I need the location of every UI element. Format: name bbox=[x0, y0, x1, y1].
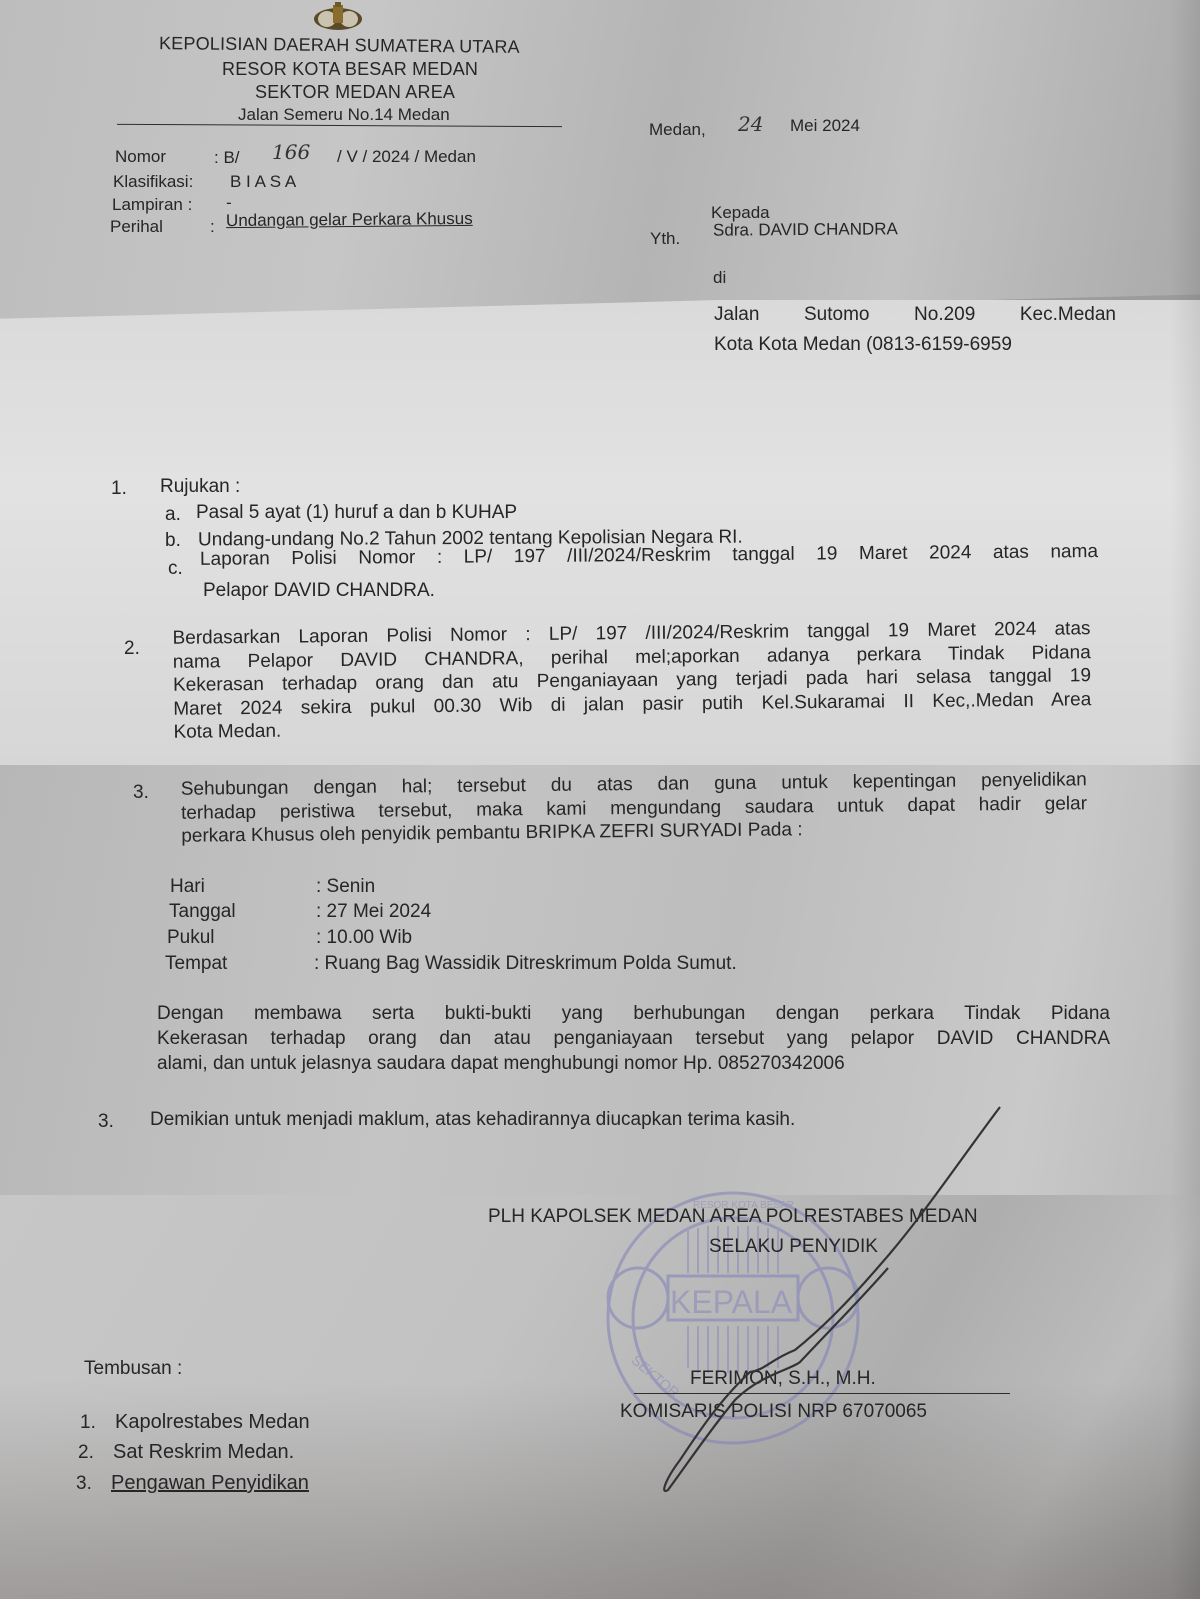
closing-text: Demikian untuk menjadi maklum, atas keha… bbox=[150, 1109, 795, 1131]
nomor-handwritten: 166 bbox=[272, 140, 310, 164]
tembusan-marker: 3. bbox=[76, 1473, 92, 1495]
nomor-suffix: / V / 2024 / Medan bbox=[337, 147, 476, 167]
perihal-label: Perihal bbox=[110, 217, 163, 237]
section1-item-c-marker: c. bbox=[168, 558, 183, 580]
section1-number: 1. bbox=[111, 478, 127, 500]
signature-title-line1: PLH KAPOLSEK MEDAN AREA POLRESTABES MEDA… bbox=[488, 1206, 978, 1228]
schedule-hari-value: : Senin bbox=[316, 876, 375, 898]
tembusan-marker: 1. bbox=[80, 1412, 96, 1434]
section1-item-a-marker: a. bbox=[165, 504, 181, 526]
letter-photo: KEPOLISIAN DAERAH SUMATERA UTARA RESOR K… bbox=[0, 0, 1200, 1599]
followup-line: Dengan membawa serta bukti-bukti yang be… bbox=[157, 1001, 1110, 1026]
address-part: Kec.Medan bbox=[1020, 304, 1116, 326]
tembusan-label: Tembusan : bbox=[84, 1358, 182, 1380]
address-part: Sutomo bbox=[804, 304, 869, 326]
perihal-colon: : bbox=[210, 217, 215, 237]
schedule-tempat-label: Tempat bbox=[165, 953, 227, 975]
section2-number: 2. bbox=[124, 638, 140, 660]
date-day-handwritten: 24 bbox=[738, 112, 763, 136]
tembusan-marker: 2. bbox=[78, 1442, 94, 1464]
closing-number: 3. bbox=[98, 1111, 114, 1133]
schedule-tanggal-label: Tanggal bbox=[169, 901, 236, 923]
signer-name: FERIMON, S.H., M.H. bbox=[690, 1368, 876, 1390]
letterhead-line3: SEKTOR MEDAN AREA bbox=[255, 82, 455, 103]
section3-paragraph: Sehubungan dengan hal; tersebut du atas … bbox=[181, 768, 1088, 848]
tembusan-item: Pengawan Penyidikan bbox=[111, 1472, 309, 1495]
section1-title: Rujukan : bbox=[160, 476, 240, 498]
letterhead-address: Jalan Semeru No.14 Medan bbox=[238, 105, 450, 125]
letterhead-line1: KEPOLISIAN DAERAH SUMATERA UTARA bbox=[159, 33, 520, 58]
recipient-address-line2: Kota Kota Medan (0813-6159-6959 bbox=[714, 334, 1012, 356]
address-part: Jalan bbox=[714, 304, 759, 326]
schedule-pukul-label: Pukul bbox=[167, 927, 215, 949]
section3-number: 3. bbox=[133, 782, 149, 804]
tembusan-item: Kapolrestabes Medan bbox=[115, 1411, 310, 1434]
stamp-text: KEPALA bbox=[670, 1284, 793, 1320]
section2-paragraph: Berdasarkan Laporan Polisi Nomor : LP/ 1… bbox=[172, 617, 1091, 744]
nomor-prefix: : B/ bbox=[214, 148, 240, 168]
date-place: Medan, bbox=[649, 120, 706, 140]
tembusan-item: Sat Reskrim Medan. bbox=[113, 1441, 294, 1464]
schedule-pukul-value: : 10.00 Wib bbox=[316, 927, 412, 949]
recipient-di: di bbox=[713, 268, 726, 288]
followup-line: Kekerasan terhadap orang dan atau pengan… bbox=[157, 1026, 1110, 1051]
police-emblem-icon bbox=[308, 2, 368, 32]
letterhead-line2: RESOR KOTA BESAR MEDAN bbox=[222, 59, 478, 80]
schedule-tempat-value: : Ruang Bag Wassidik Ditreskrimum Polda … bbox=[314, 953, 737, 975]
perihal-value: Undangan gelar Perkara Khusus bbox=[226, 209, 473, 231]
section1-item-c-continuation: Pelapor DAVID CHANDRA. bbox=[203, 580, 435, 602]
lampiran-label: Lampiran : bbox=[112, 195, 192, 215]
signature-divider bbox=[634, 1393, 1010, 1394]
address-part: No.209 bbox=[914, 304, 975, 326]
schedule-hari-label: Hari bbox=[170, 876, 205, 898]
nomor-label: Nomor bbox=[115, 147, 166, 167]
section1-item-a: Pasal 5 ayat (1) huruf a dan b KUHAP bbox=[196, 502, 517, 524]
signature-title-line2: SELAKU PENYIDIK bbox=[709, 1236, 878, 1258]
followup-paragraph: Dengan membawa serta bukti-bukti yang be… bbox=[157, 1001, 1110, 1076]
lampiran-value: - bbox=[226, 193, 232, 213]
klasifikasi-label: Klasifikasi: bbox=[113, 172, 193, 192]
recipient-name: Sdra. DAVID CHANDRA bbox=[713, 219, 898, 240]
recipient-yth: Yth. bbox=[650, 229, 680, 249]
signer-rank: KOMISARIS POLISI NRP 67070065 bbox=[620, 1401, 927, 1423]
schedule-tanggal-value: : 27 Mei 2024 bbox=[316, 901, 431, 923]
klasifikasi-value: B I A S A bbox=[230, 172, 296, 192]
section1-item-b-marker: b. bbox=[165, 530, 181, 552]
recipient-address-line1: Jalan Sutomo No.209 Kec.Medan bbox=[714, 304, 1116, 326]
followup-line: alami, dan untuk jelasnya saudara dapat … bbox=[157, 1051, 1110, 1076]
paper-edge-shadow bbox=[1170, 0, 1200, 1599]
date-month-year: Mei 2024 bbox=[790, 116, 860, 136]
